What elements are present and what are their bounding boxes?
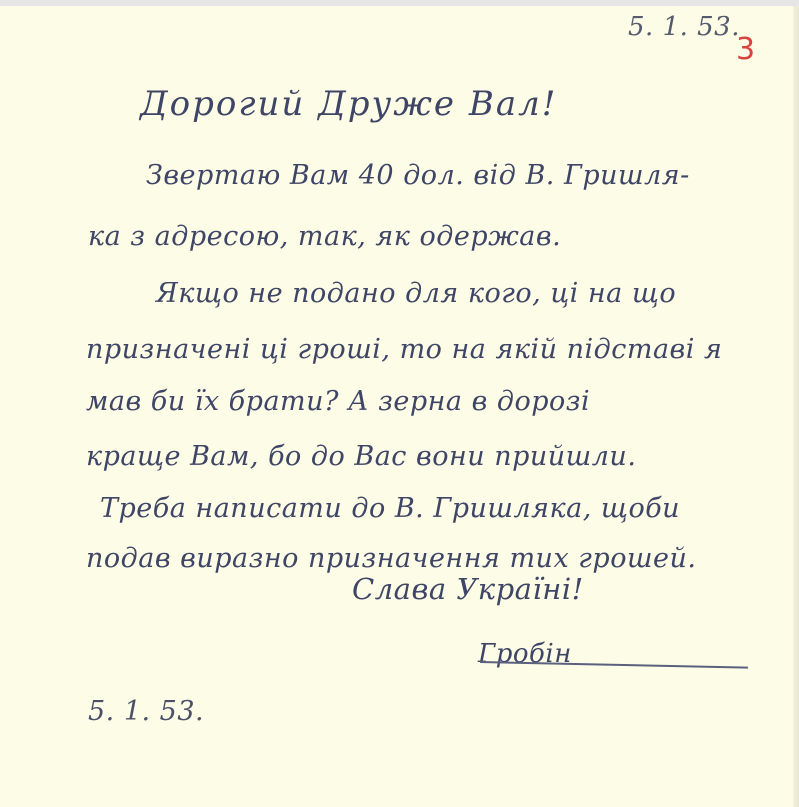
body-line: подав виразно призначення тих грошей. bbox=[86, 543, 696, 574]
header-date: 5. 1. 53. bbox=[628, 12, 740, 42]
salutation: Дорогий Друже Вал! bbox=[140, 84, 557, 124]
page-number: 3 bbox=[736, 32, 755, 67]
footer-date: 5. 1. 53. bbox=[88, 696, 204, 727]
closing-salute: Слава Україні! bbox=[352, 572, 584, 606]
body-line: ка з адресою, так, як одержав. bbox=[88, 221, 561, 252]
body-line: Треба написати до В. Гришляка, щоби bbox=[100, 493, 680, 524]
body-line: Якщо не подано для кого, ці на що bbox=[156, 278, 676, 309]
scanned-letter-page: 5. 1. 53. 3 Дорогий Друже Вал! Звертаю В… bbox=[0, 0, 799, 807]
body-line: краще Вам, бо до Вас вони прийшли. bbox=[86, 441, 636, 472]
body-line: призначені ці гроші, то на якій підставі… bbox=[86, 334, 722, 365]
body-line: Звертаю Вам 40 дол. від В. Гришля- bbox=[146, 160, 690, 191]
body-line: мав би їх брати? А зерна в дорозі bbox=[86, 386, 590, 417]
